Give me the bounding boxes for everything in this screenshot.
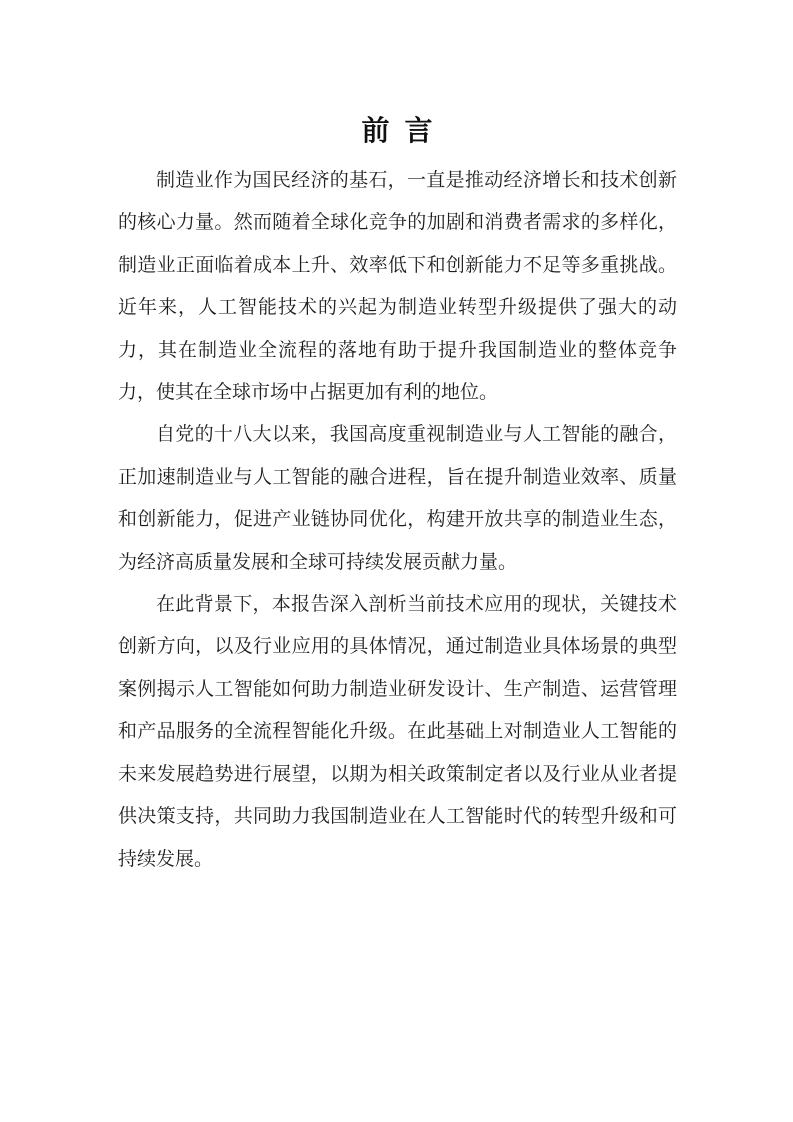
preface-paragraph-3: 在此背景下，本报告深入剖析当前技术应用的现状，关键技术创新方向，以及行业应用的具… [118, 584, 677, 881]
document-body: 制造业作为国民经济的基石，一直是推动经济增长和技术创新的核心力量。然而随着全球化… [118, 160, 677, 881]
page-title: 前 言 [118, 112, 677, 152]
preface-paragraph-1: 制造业作为国民经济的基石，一直是推动经济增长和技术创新的核心力量。然而随着全球化… [118, 160, 677, 414]
document-page: 前 言 制造业作为国民经济的基石，一直是推动经济增长和技术创新的核心力量。然而随… [0, 0, 793, 1122]
preface-paragraph-2: 自党的十八大以来，我国高度重视制造业与人工智能的融合，正加速制造业与人工智能的融… [118, 414, 677, 584]
